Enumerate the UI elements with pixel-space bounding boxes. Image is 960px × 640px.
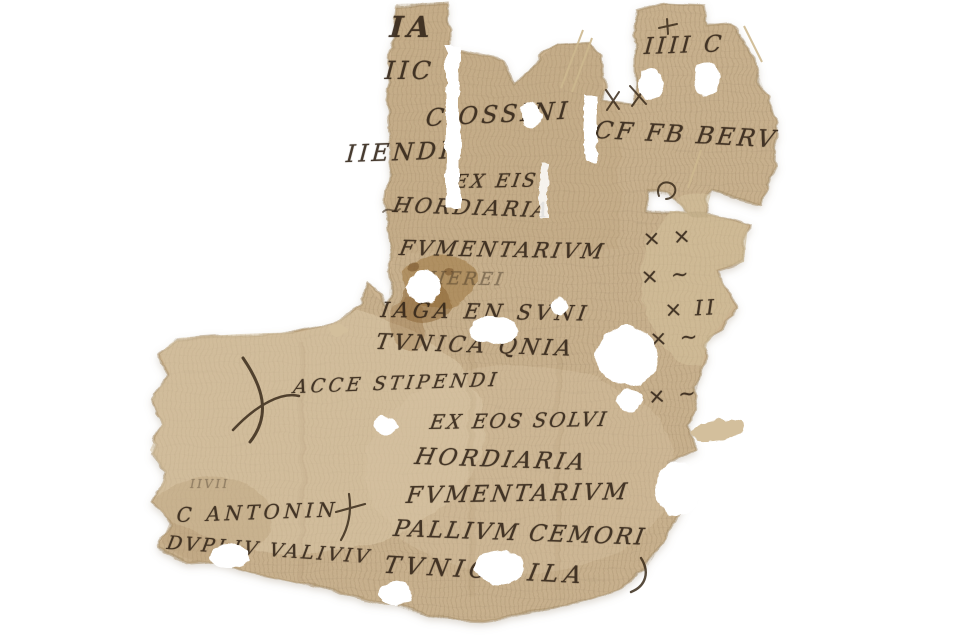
crack [540,164,548,218]
hole [475,550,523,584]
hole [470,317,518,345]
hole [551,299,569,313]
hole [379,581,413,605]
papyrus-photo: IA IIII C IIC C OSSINI CF FB BERV IIENDI… [0,0,960,640]
holes-and-cracks [208,46,719,605]
hole [521,102,541,128]
hole [407,271,441,303]
papyrus-holes-overlay [0,0,960,640]
hole [638,68,664,100]
crack [446,46,460,208]
hole [208,545,250,569]
hole [693,62,719,96]
hole [616,389,642,413]
hole [596,326,658,386]
hole [372,416,398,434]
crack [584,96,597,162]
hole [656,462,700,516]
